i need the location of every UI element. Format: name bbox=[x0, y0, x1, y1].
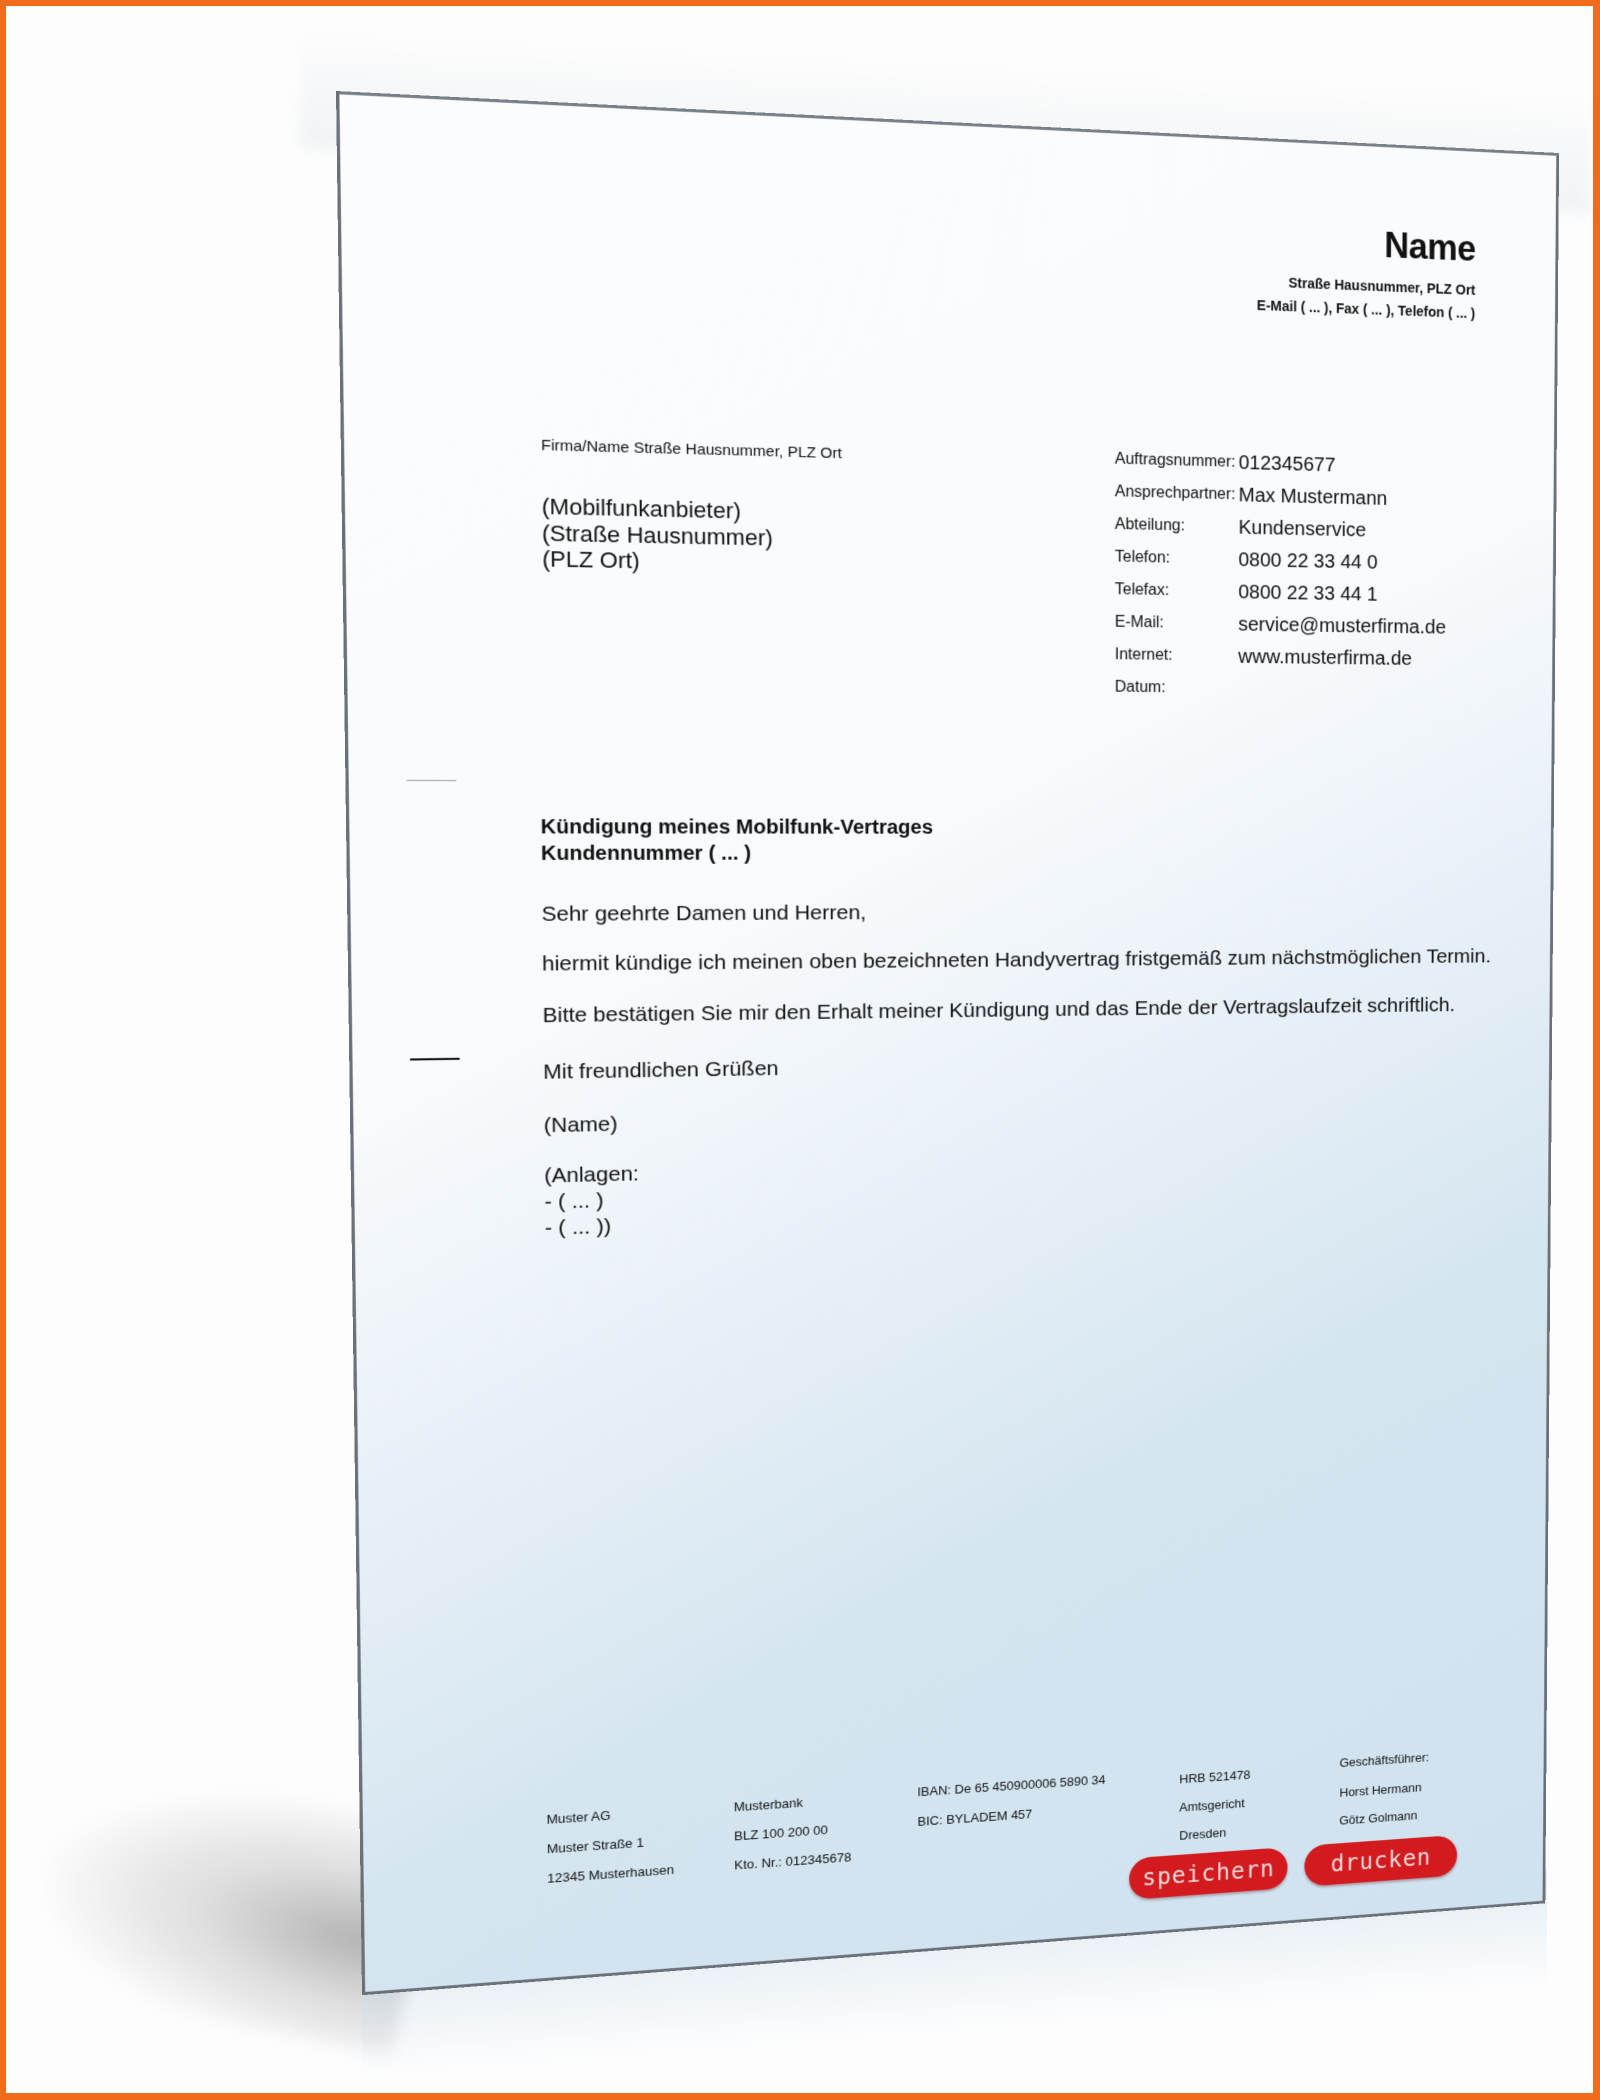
subject-line: Kündigung meines Mobilfunk-Vertrages bbox=[541, 816, 933, 840]
info-label: Internet: bbox=[1115, 646, 1173, 664]
info-value: Kundenservice bbox=[1238, 517, 1366, 542]
customer-number-line: Kundennummer ( ... ) bbox=[541, 843, 751, 866]
info-label: Ansprechpartner: bbox=[1115, 483, 1236, 504]
sender-contact: E-Mail ( ... ), Fax ( ... ), Telefon ( .… bbox=[1257, 297, 1475, 321]
info-label: E-Mail: bbox=[1115, 614, 1164, 632]
attachments-heading: (Anlagen: bbox=[544, 1162, 639, 1188]
info-label: Telefax: bbox=[1115, 581, 1169, 600]
body-paragraph-1: hiermit kündige ich meinen oben bezeichn… bbox=[542, 945, 1491, 976]
print-button[interactable]: drucken bbox=[1304, 1835, 1457, 1887]
info-label: Telefon: bbox=[1115, 549, 1170, 568]
footer-company-line: Muster AG bbox=[547, 1808, 611, 1827]
recipient-line: (Straße Hausnummer) bbox=[542, 522, 773, 549]
recipient-line: (Mobilfunkanbieter) bbox=[542, 495, 741, 522]
footer-bank-line: BLZ 100 200 00 bbox=[734, 1822, 828, 1843]
fold-mark-top bbox=[407, 780, 457, 781]
info-value: 0800 22 33 44 0 bbox=[1238, 549, 1377, 574]
footer-company-line: Muster Straße 1 bbox=[547, 1835, 644, 1856]
info-label: Abteilung: bbox=[1115, 516, 1185, 535]
fold-mark-middle bbox=[410, 1058, 460, 1061]
footer-management-line: Geschäftsführer: bbox=[1340, 1750, 1430, 1770]
footer-company-line: 12345 Musterhausen bbox=[547, 1862, 674, 1886]
footer-bic-line: BIC: BYLADEM 457 bbox=[917, 1807, 1032, 1829]
footer-management-line: Götz Golmann bbox=[1339, 1808, 1417, 1827]
footer-iban-line: IBAN: De 65 450900006 5890 34 bbox=[917, 1772, 1105, 1799]
info-value: Max Mustermann bbox=[1239, 485, 1388, 511]
footer-management-line: Horst Hermann bbox=[1339, 1780, 1421, 1800]
info-label: Datum: bbox=[1115, 679, 1166, 697]
info-value: 0800 22 33 44 1 bbox=[1238, 582, 1377, 607]
letter-page: Name Straße Hausnummer, PLZ Ort E-Mail (… bbox=[336, 91, 1559, 1995]
footer-bank-line: Musterbank bbox=[734, 1795, 803, 1814]
salutation: Sehr geehrte Damen und Herren, bbox=[541, 901, 866, 927]
return-address: Firma/Name Straße Hausnummer, PLZ Ort bbox=[541, 437, 842, 463]
attachment-item: - ( ... ) bbox=[544, 1189, 603, 1215]
sender-address: Straße Hausnummer, PLZ Ort bbox=[1288, 275, 1475, 298]
save-button[interactable]: speichern bbox=[1129, 1847, 1287, 1900]
info-value: service@musterfirma.de bbox=[1238, 614, 1446, 640]
info-value: www.musterfirma.de bbox=[1238, 646, 1412, 671]
recipient-line: (PLZ Ort) bbox=[542, 548, 640, 572]
info-value: 012345677 bbox=[1239, 452, 1336, 477]
footer-register-line: HRB 521478 bbox=[1179, 1767, 1250, 1786]
attachment-item: - ( ... )) bbox=[545, 1215, 612, 1241]
footer-register-line: Dresden bbox=[1179, 1825, 1226, 1842]
footer-register-line: Amtsgericht bbox=[1179, 1796, 1245, 1815]
footer-bank-line: Kto. Nr.: 012345678 bbox=[734, 1850, 851, 1873]
sender-name: Name bbox=[1384, 225, 1476, 270]
closing: Mit freundlichen Grüßen bbox=[543, 1057, 779, 1085]
signature-name: (Name) bbox=[544, 1113, 618, 1139]
body-paragraph-2: Bitte bestätigen Sie mir den Erhalt mein… bbox=[542, 994, 1455, 1028]
info-label: Auftragsnummer: bbox=[1115, 451, 1236, 472]
